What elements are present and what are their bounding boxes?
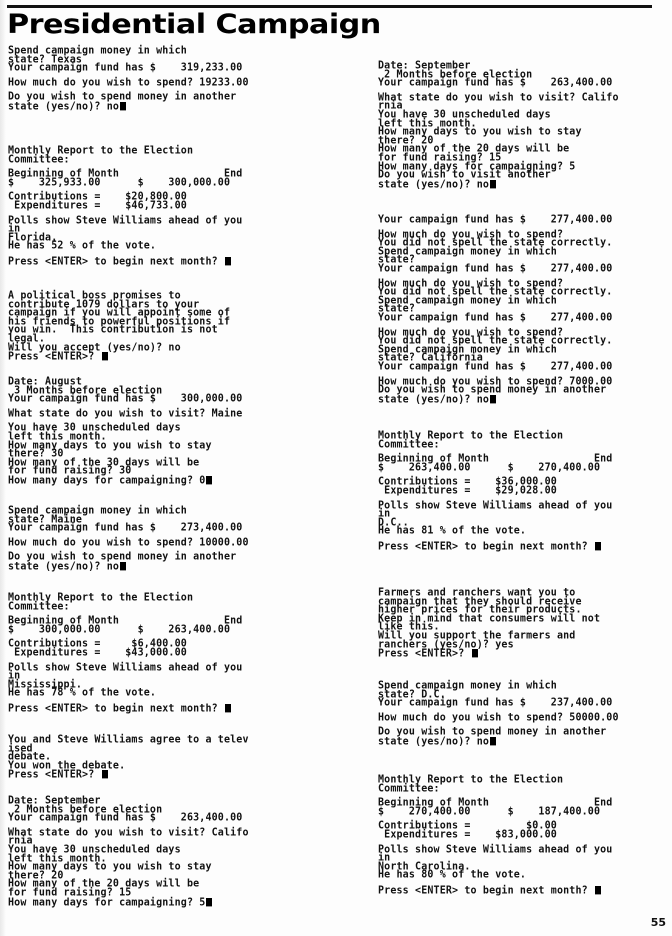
terminal-line: $ 263,400.00 $ 270,400.00	[378, 464, 612, 473]
terminal-line: Your campaign fund has $ 263,400.00	[8, 814, 249, 823]
transcript-block: Farmers and ranchers want you tocampaign…	[378, 589, 600, 665]
transcript-paragraph: What state do you wish to visit? Maine	[8, 410, 242, 419]
terminal-line: Press <ENTER> to begin next month?	[8, 257, 242, 267]
terminal-line: How many days for campaigning? 0	[8, 476, 242, 486]
terminal-line: state (yes/no)? no	[378, 737, 619, 747]
text-cursor-icon	[206, 898, 212, 906]
book-page: Presidential Campaign Spend campaign mon…	[0, 0, 672, 936]
transcript-block: Date: September 2 Months before election…	[8, 797, 249, 913]
terminal-line: Your campaign fund has $ 237,400.00	[378, 699, 619, 708]
terminal-line: Press <ENTER>?	[8, 770, 249, 780]
terminal-line: state (yes/no)? no	[378, 180, 619, 190]
transcript-paragraph: How much do you wish to spend? 7000.00Do…	[378, 378, 612, 405]
transcript-paragraph: Your campaign fund has $ 277,400.00	[378, 216, 612, 225]
terminal-line: Committee:	[378, 441, 612, 450]
transcript-block: Monthly Report to the ElectionCommittee:…	[378, 432, 612, 558]
transcript-paragraph: Monthly Report to the ElectionCommittee:	[8, 594, 242, 611]
transcript-paragraph: Polls show Steve Williams ahead of youin…	[8, 664, 242, 698]
transcript-paragraph: How much do you wish to spend? 50000.00	[378, 714, 619, 723]
text-cursor-icon	[102, 352, 108, 360]
terminal-line: Your campaign fund has $ 277,400.00	[378, 265, 612, 274]
transcript-paragraph: What state do you wish to visit? Califor…	[8, 829, 249, 907]
text-cursor-icon	[595, 542, 601, 550]
terminal-line: How much do you wish to spend? 19233.00	[8, 79, 249, 88]
terminal-line: Your campaign fund has $ 319,233.00	[8, 64, 249, 73]
terminal-line: Your campaign fund has $ 277,400.00	[378, 216, 612, 225]
terminal-line: Expenditures = $46,733.00	[8, 202, 242, 211]
text-cursor-icon	[120, 102, 126, 110]
terminal-line: $ 325,933.00 $ 300,000.00	[8, 179, 242, 188]
page-title: Presidential Campaign	[7, 10, 381, 40]
transcript-paragraph: Contributions = $0.00 Expenditures = $83…	[378, 822, 612, 839]
text-cursor-icon	[120, 562, 126, 570]
transcript-paragraph: Beginning of Month End$ 325,933.00 $ 300…	[8, 170, 242, 187]
terminal-line: Press <ENTER>?	[8, 352, 230, 362]
terminal-line: He has 80 % of the vote.	[378, 871, 612, 880]
transcript-paragraph: Do you wish to spend money in anothersta…	[378, 728, 619, 746]
transcript-block: Date: August 3 Months before electionYou…	[8, 378, 242, 492]
text-cursor-icon	[490, 180, 496, 188]
terminal-line: $ 270,400.00 $ 187,400.00	[378, 808, 612, 817]
transcript-paragraph: Contributions = $6,400.00 Expenditures =…	[8, 640, 242, 657]
transcript-paragraph: Beginning of Month End$ 270,400.00 $ 187…	[378, 799, 612, 816]
header-rule	[7, 5, 652, 8]
transcript-paragraph: Beginning of Month End$ 300,000.00 $ 263…	[8, 617, 242, 634]
text-cursor-icon	[490, 737, 496, 745]
terminal-line: Press <ENTER>?	[378, 649, 600, 659]
terminal-line: Your campaign fund has $ 263,400.00	[378, 79, 619, 88]
terminal-line: He has 81 % of the vote.	[378, 527, 612, 536]
transcript-block: Spend campaign money in whichstate? Main…	[8, 507, 249, 578]
terminal-line: $ 300,000.00 $ 263,400.00	[8, 626, 242, 635]
transcript-block: Monthly Report to the ElectionCommittee:…	[8, 594, 242, 720]
terminal-line: Your campaign fund has $ 277,400.00	[378, 314, 612, 323]
terminal-line: state (yes/no)? no	[8, 562, 249, 572]
transcript-paragraph: Polls show Steve Williams ahead of youin…	[8, 217, 242, 251]
transcript-paragraph: Contributions = $20,800.00 Expenditures …	[8, 193, 242, 210]
text-cursor-icon	[225, 257, 231, 265]
transcript-paragraph: Polls show Steve Williams ahead of youin…	[378, 502, 612, 536]
terminal-line: Expenditures = $43,000.00	[8, 649, 242, 658]
terminal-line: Committee:	[8, 156, 242, 165]
transcript-block: Date: September 2 Months before election…	[378, 62, 619, 195]
terminal-line: Your campaign fund has $ 277,400.00	[378, 363, 612, 372]
terminal-line: He has 52 % of the vote.	[8, 242, 242, 251]
transcript-paragraph: You and Steve Williams agree to a televi…	[8, 736, 249, 780]
terminal-line: How much do you wish to spend? 10000.00	[8, 539, 249, 548]
terminal-line: How many days for campaigning? 5	[8, 898, 249, 908]
terminal-line: Committee:	[378, 785, 612, 794]
terminal-line: Expenditures = $83,000.00	[378, 831, 612, 840]
transcript-paragraph: Press <ENTER> to begin next month?	[378, 542, 612, 552]
transcript-paragraph: Date: September 2 Months before election…	[378, 62, 619, 88]
terminal-line: in	[378, 510, 612, 519]
text-cursor-icon	[595, 886, 601, 894]
terminal-line: Your campaign fund has $ 273,400.00	[8, 524, 249, 533]
terminal-line: Your campaign fund has $ 300,000.00	[8, 395, 242, 404]
transcript-paragraph: Press <ENTER> to begin next month?	[8, 704, 242, 714]
transcript-block: Spend campaign money in whichstate? D.C.…	[378, 682, 619, 753]
terminal-line: Press <ENTER> to begin next month?	[378, 886, 612, 896]
terminal-line: Press <ENTER> to begin next month?	[8, 704, 242, 714]
terminal-line: How much do you wish to spend? 50000.00	[378, 714, 619, 723]
terminal-line: Press <ENTER> to begin next month?	[378, 542, 612, 552]
text-cursor-icon	[102, 770, 108, 778]
text-cursor-icon	[225, 704, 231, 712]
transcript-block: A political boss promises tocontribute 1…	[8, 292, 230, 368]
terminal-line: Expenditures = $29,028.00	[378, 487, 612, 496]
transcript-paragraph: Monthly Report to the ElectionCommittee:	[378, 432, 612, 449]
transcript-block: Monthly Report to the ElectionCommittee:…	[378, 776, 612, 902]
transcript-block: Spend campaign money in whichstate? Texa…	[8, 47, 249, 118]
transcript-paragraph: Contributions = $36,000.00 Expenditures …	[378, 478, 612, 495]
transcript-paragraph: Spend campaign money in whichstate? Texa…	[8, 47, 249, 73]
page-gutter-shadow	[0, 0, 6, 936]
transcript-block: Monthly Report to the ElectionCommittee:…	[8, 147, 242, 273]
transcript-block: You and Steve Williams agree to a televi…	[8, 736, 249, 786]
transcript-paragraph: How much do you wish to spend?You did no…	[378, 231, 612, 274]
text-cursor-icon	[206, 476, 212, 484]
terminal-line: What state do you wish to visit? Maine	[8, 410, 242, 419]
transcript-paragraph: Spend campaign money in whichstate? D.C.…	[378, 682, 619, 708]
terminal-line: He has 78 % of the vote.	[8, 689, 242, 698]
transcript-paragraph: Do you wish to spend money in anothersta…	[8, 553, 249, 571]
terminal-line: You and Steve Williams agree to a telev	[8, 736, 249, 745]
transcript-paragraph: How much do you wish to spend? 10000.00	[8, 539, 249, 548]
terminal-line: Committee:	[8, 603, 242, 612]
terminal-line: state (yes/no)? no	[8, 102, 249, 112]
transcript-paragraph: How much do you wish to spend? 19233.00	[8, 79, 249, 88]
transcript-paragraph: You have 30 unscheduled daysleft this mo…	[8, 424, 242, 485]
transcript-paragraph: Monthly Report to the ElectionCommittee:	[378, 776, 612, 793]
transcript-paragraph: Spend campaign money in whichstate? Main…	[8, 507, 249, 533]
page-number: 55	[651, 916, 666, 929]
terminal-line: state (yes/no)? no	[378, 395, 612, 405]
text-cursor-icon	[490, 395, 496, 403]
transcript-paragraph: How much do you wish to spend?You did no…	[378, 280, 612, 323]
transcript-block: Your campaign fund has $ 277,400.00How m…	[378, 216, 612, 410]
transcript-paragraph: Farmers and ranchers want you tocampaign…	[378, 589, 600, 659]
transcript-paragraph: A political boss promises tocontribute 1…	[8, 292, 230, 362]
transcript-paragraph: Do you wish to spend money in anothersta…	[8, 93, 249, 111]
transcript-paragraph: Monthly Report to the ElectionCommittee:	[8, 147, 242, 164]
text-cursor-icon	[472, 649, 478, 657]
transcript-paragraph: Press <ENTER> to begin next month?	[378, 886, 612, 896]
transcript-paragraph: Date: September 2 Months before election…	[8, 797, 249, 823]
transcript-paragraph: Press <ENTER> to begin next month?	[8, 257, 242, 267]
transcript-paragraph: How much do you wish to spend?You did no…	[378, 329, 612, 372]
transcript-paragraph: Date: August 3 Months before electionYou…	[8, 378, 242, 404]
transcript-paragraph: What state do you wish to visit? Califor…	[378, 94, 619, 190]
transcript-paragraph: Beginning of Month End$ 263,400.00 $ 270…	[378, 455, 612, 472]
transcript-paragraph: Polls show Steve Williams ahead of youin…	[378, 846, 612, 880]
